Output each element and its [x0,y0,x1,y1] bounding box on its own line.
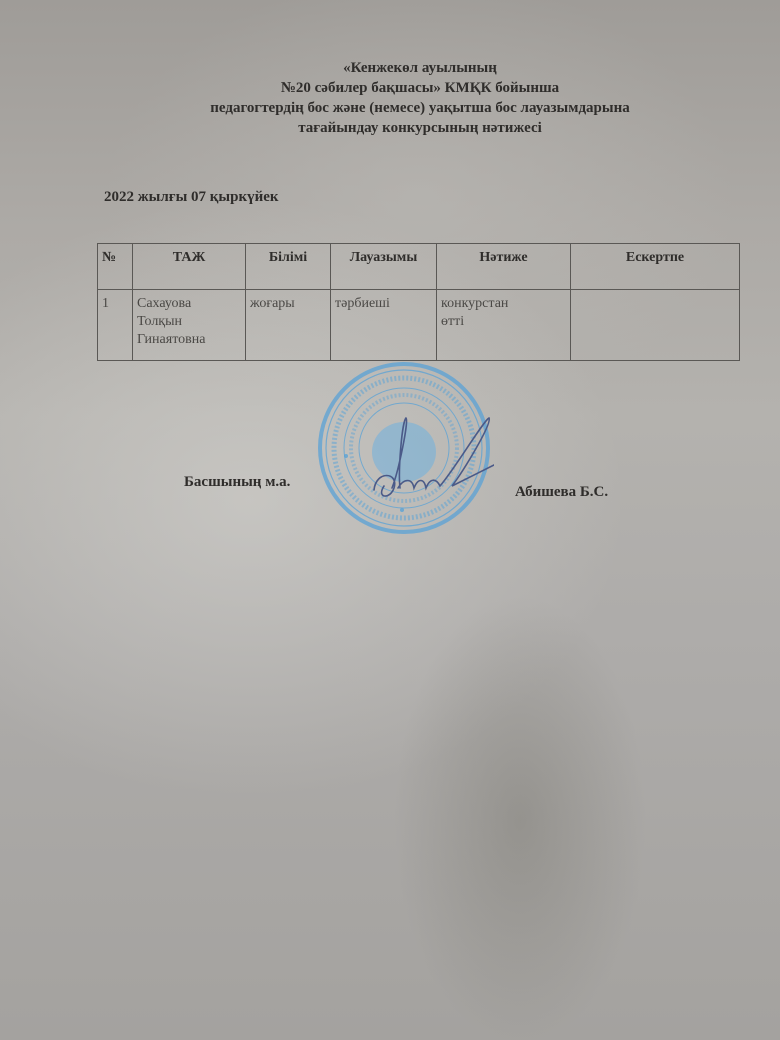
header-name: ТАЖ [133,244,246,290]
cell-education: жоғары [246,290,331,361]
official-stamp-icon [314,360,494,540]
title-line-2: №20 сәбилер бақшасы» КМҚК бойынша [140,78,700,98]
name-line-1: Сахауова [137,295,241,313]
name-line-3: Гинаятовна [137,331,241,349]
document-date: 2022 жылғы 07 қыркүйек [104,189,279,206]
header-note: Ескертпе [571,244,740,290]
header-number: № [98,244,133,290]
cell-name: Сахауова Толқын Гинаятовна [133,290,246,361]
result-line-1: конкурстан [441,295,566,313]
header-result: Нәтиже [437,244,571,290]
cell-note [571,290,740,361]
results-table: № ТАЖ Білімі Лауазымы Нәтиже Ескертпе 1 … [97,243,740,361]
title-line-1: «Кенжекөл ауылының [140,58,700,78]
cell-number: 1 [98,290,133,361]
table-row: 1 Сахауова Толқын Гинаятовна жоғары тәрб… [98,290,740,361]
header-position: Лауазымы [331,244,437,290]
document-title: «Кенжекөл ауылының №20 сәбилер бақшасы» … [140,58,700,138]
cell-position: тәрбиеші [331,290,437,361]
result-line-2: өтті [441,313,566,331]
title-line-4: тағайындау конкурсының нәтижесі [140,118,700,138]
signature-role-label: Басшының м.а. [184,474,290,491]
table-header-row: № ТАЖ Білімі Лауазымы Нәтиже Ескертпе [98,244,740,290]
cell-result: конкурстан өтті [437,290,571,361]
header-education: Білімі [246,244,331,290]
title-line-3: педагогтердің бос және (немесе) уақытша … [140,98,700,118]
signer-name: Абишева Б.С. [515,484,608,501]
name-line-2: Толқын [137,313,241,331]
